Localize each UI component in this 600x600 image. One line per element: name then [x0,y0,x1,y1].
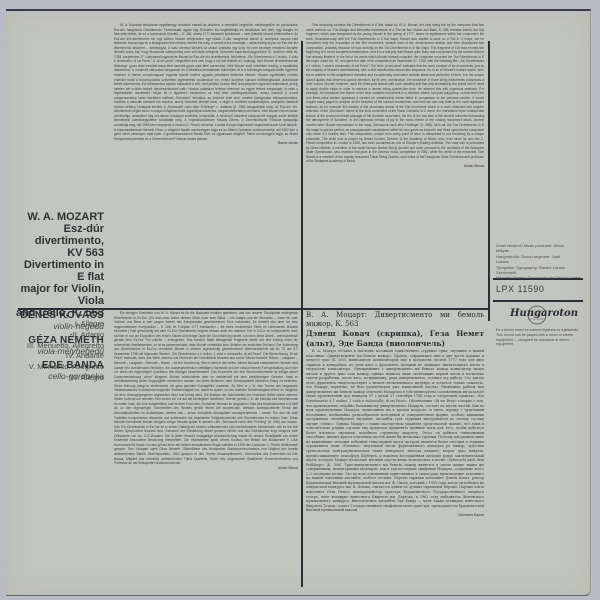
notes-german: Ein einziges Streichtrio von W. A. Mozar… [114,311,298,585]
credits-divider-bottom [493,300,583,302]
catalog-kv: KV 563 [14,247,104,259]
catalog-number: LPX 11590 [496,284,544,294]
performer-name: GÉZA NÉMETH [14,335,104,346]
notes-hungarian: W. A. Mozartot mindössze egyetlenegy von… [114,23,298,285]
title-english-2: major for Violin, Viola [14,283,104,307]
performer-instrument: cello-gordonka [14,371,104,382]
notes-german-text: Ein einziges Streichtrio von W. A. Mozar… [114,311,298,466]
russian-title: В. А. Моцарт: Дивертисменто ми бемоль ма… [306,311,484,329]
notes-english-signature: István Barna [306,164,484,169]
composer-name: W. A. MOZART [14,211,104,223]
notes-russian-signature: Иштван Барна [306,513,484,518]
performers-block: DÉNES KOVÁCS violin-hegedű GÉZA NÉMETH v… [14,310,104,382]
performer-instrument: viola-mélyhegedű [14,346,104,357]
notes-english-text: This recording contains the Divertimento… [306,23,484,164]
playback-note: Ez a lemez monó és sztereó lejátszón is … [496,328,586,347]
russian-performers: Дэнеш Ковач (скрипка), Геза Немет (альт)… [306,329,484,349]
notes-german-signature: István Barna [114,466,298,471]
production-credits: Zenei rendező: Music producer: János Mát… [496,243,586,281]
column-divider-right [488,41,490,321]
label-name: Hungaroton [510,308,578,319]
hungaroton-logo: Hungaroton [506,305,568,325]
title-english-1: Divertimento in E flat [14,259,104,283]
performer-name: EDE BANDA [14,360,104,371]
notes-russian: В. А. Моцарт: Дивертисменто ми бемоль ма… [306,311,484,585]
credit-line: Tipográfia: Typography: Sándor Lóránt; S… [496,265,586,276]
record-sleeve-back: W. A. Mozartot mindössze egyetlenegy von… [6,9,591,596]
notes-english: This recording contains the Divertimento… [306,23,484,285]
notes-hungarian-signature: Barna István [114,141,298,146]
notes-russian-text: В. А. Моцарт оставил в наследие потомкам… [306,349,484,513]
performer-name: DÉNES KOVÁCS [14,310,104,321]
credit-line: Némethy Ferenc: Typography by Sándor Lór… [496,275,586,280]
notes-hungarian-text: W. A. Mozartot mindössze egyetlenegy von… [114,23,298,141]
title-hungarian: Esz-dúr divertimento, [14,223,104,247]
column-divider-center [301,41,303,587]
performer-instrument: violin-hegedű [14,321,104,332]
